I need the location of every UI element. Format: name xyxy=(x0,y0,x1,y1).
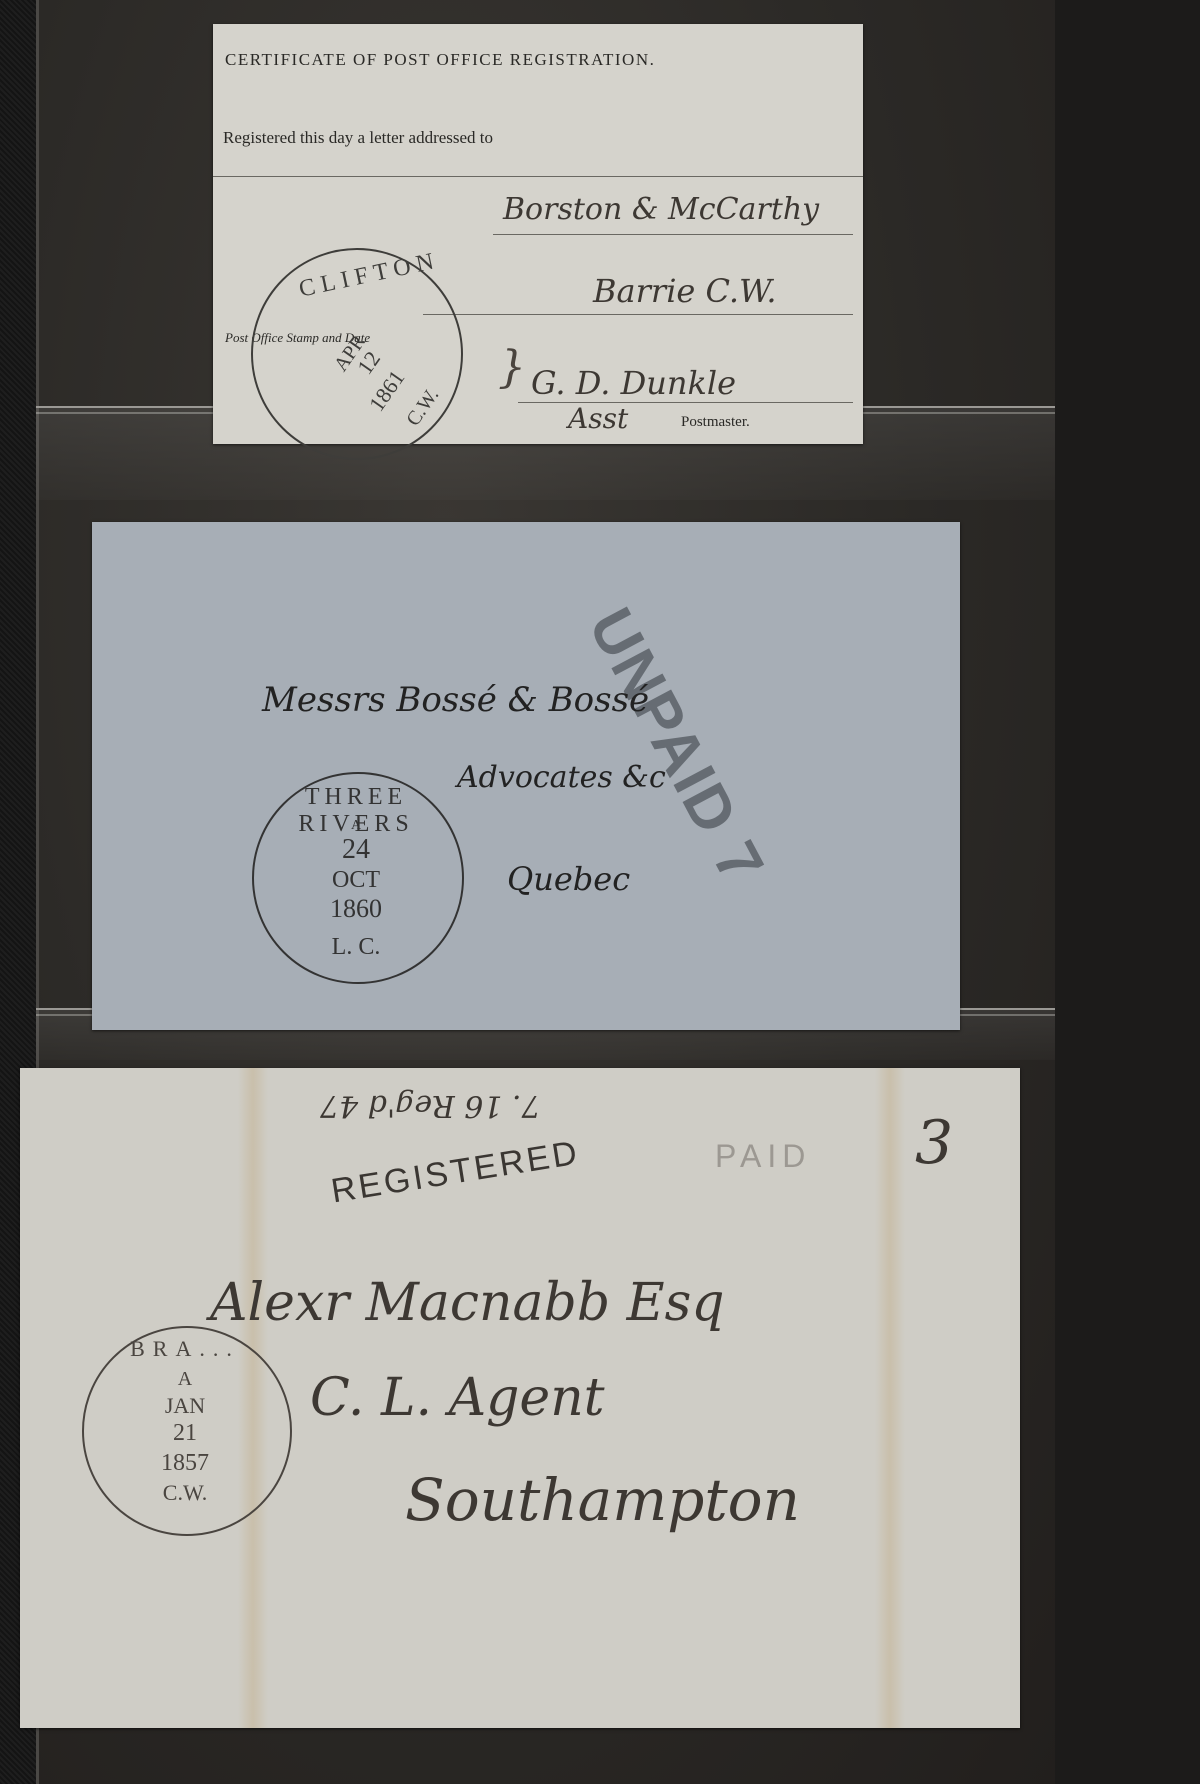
rule xyxy=(213,176,863,177)
paid-handstamp: PAID xyxy=(715,1138,811,1175)
postmark-year: 1857 xyxy=(145,1450,225,1477)
certificate-registered-line: Registered this day a letter addressed t… xyxy=(223,128,493,148)
postmark-month: OCT xyxy=(316,867,396,894)
rule xyxy=(493,234,853,235)
blue-stampless-cover: UNPAID 7 Messrs Bossé & Bossé Advocates … xyxy=(92,522,960,1030)
postmark-province: L. C. xyxy=(316,934,396,961)
brace-icon: } xyxy=(498,342,526,393)
postmark-province: C.W. xyxy=(145,1480,225,1506)
postmark-day: 21 xyxy=(145,1420,225,1447)
fold-crease xyxy=(875,1068,905,1728)
address-line-1: Alexr Macnabb Esq xyxy=(210,1273,725,1333)
rate-marking: 3 xyxy=(915,1108,953,1178)
postmaster-label: Postmaster. xyxy=(681,414,750,431)
folded-registered-letter: 7. 16 Reg'd 47 REGISTERED PAID 3 Alexr M… xyxy=(20,1068,1020,1728)
postmark-day: 24 xyxy=(316,834,396,866)
postmark-letter: A xyxy=(145,1368,225,1391)
rule xyxy=(423,314,853,315)
address-line-3: Southampton xyxy=(405,1466,800,1534)
address-line-3: Quebec xyxy=(507,860,630,898)
postmark-letter: A xyxy=(316,818,396,834)
postmark-town: BRA... xyxy=(120,1336,250,1362)
registration-certificate: CERTIFICATE OF POST OFFICE REGISTRATION.… xyxy=(213,24,863,444)
address-line-1: Messrs Bossé & Bossé xyxy=(262,680,649,720)
docket-note: 7. 16 Reg'd 47 xyxy=(320,1088,541,1123)
addressee-line-2: Barrie C.W. xyxy=(593,272,777,310)
unpaid-handstamp: UNPAID 7 xyxy=(574,597,778,896)
address-line-2: Advocates &c xyxy=(457,760,666,795)
certificate-title: CERTIFICATE OF POST OFFICE REGISTRATION. xyxy=(225,50,655,70)
postmark-year: 1860 xyxy=(316,894,396,924)
address-line-2: C. L. Agent xyxy=(310,1368,605,1428)
signature: G. D. Dunkle xyxy=(531,364,736,402)
asst-prefix: Asst xyxy=(568,402,628,435)
addressee-line-1: Borston & McCarthy xyxy=(503,192,819,227)
postmark-month: JAN xyxy=(145,1393,225,1419)
registered-handstamp: REGISTERED xyxy=(328,1134,582,1212)
